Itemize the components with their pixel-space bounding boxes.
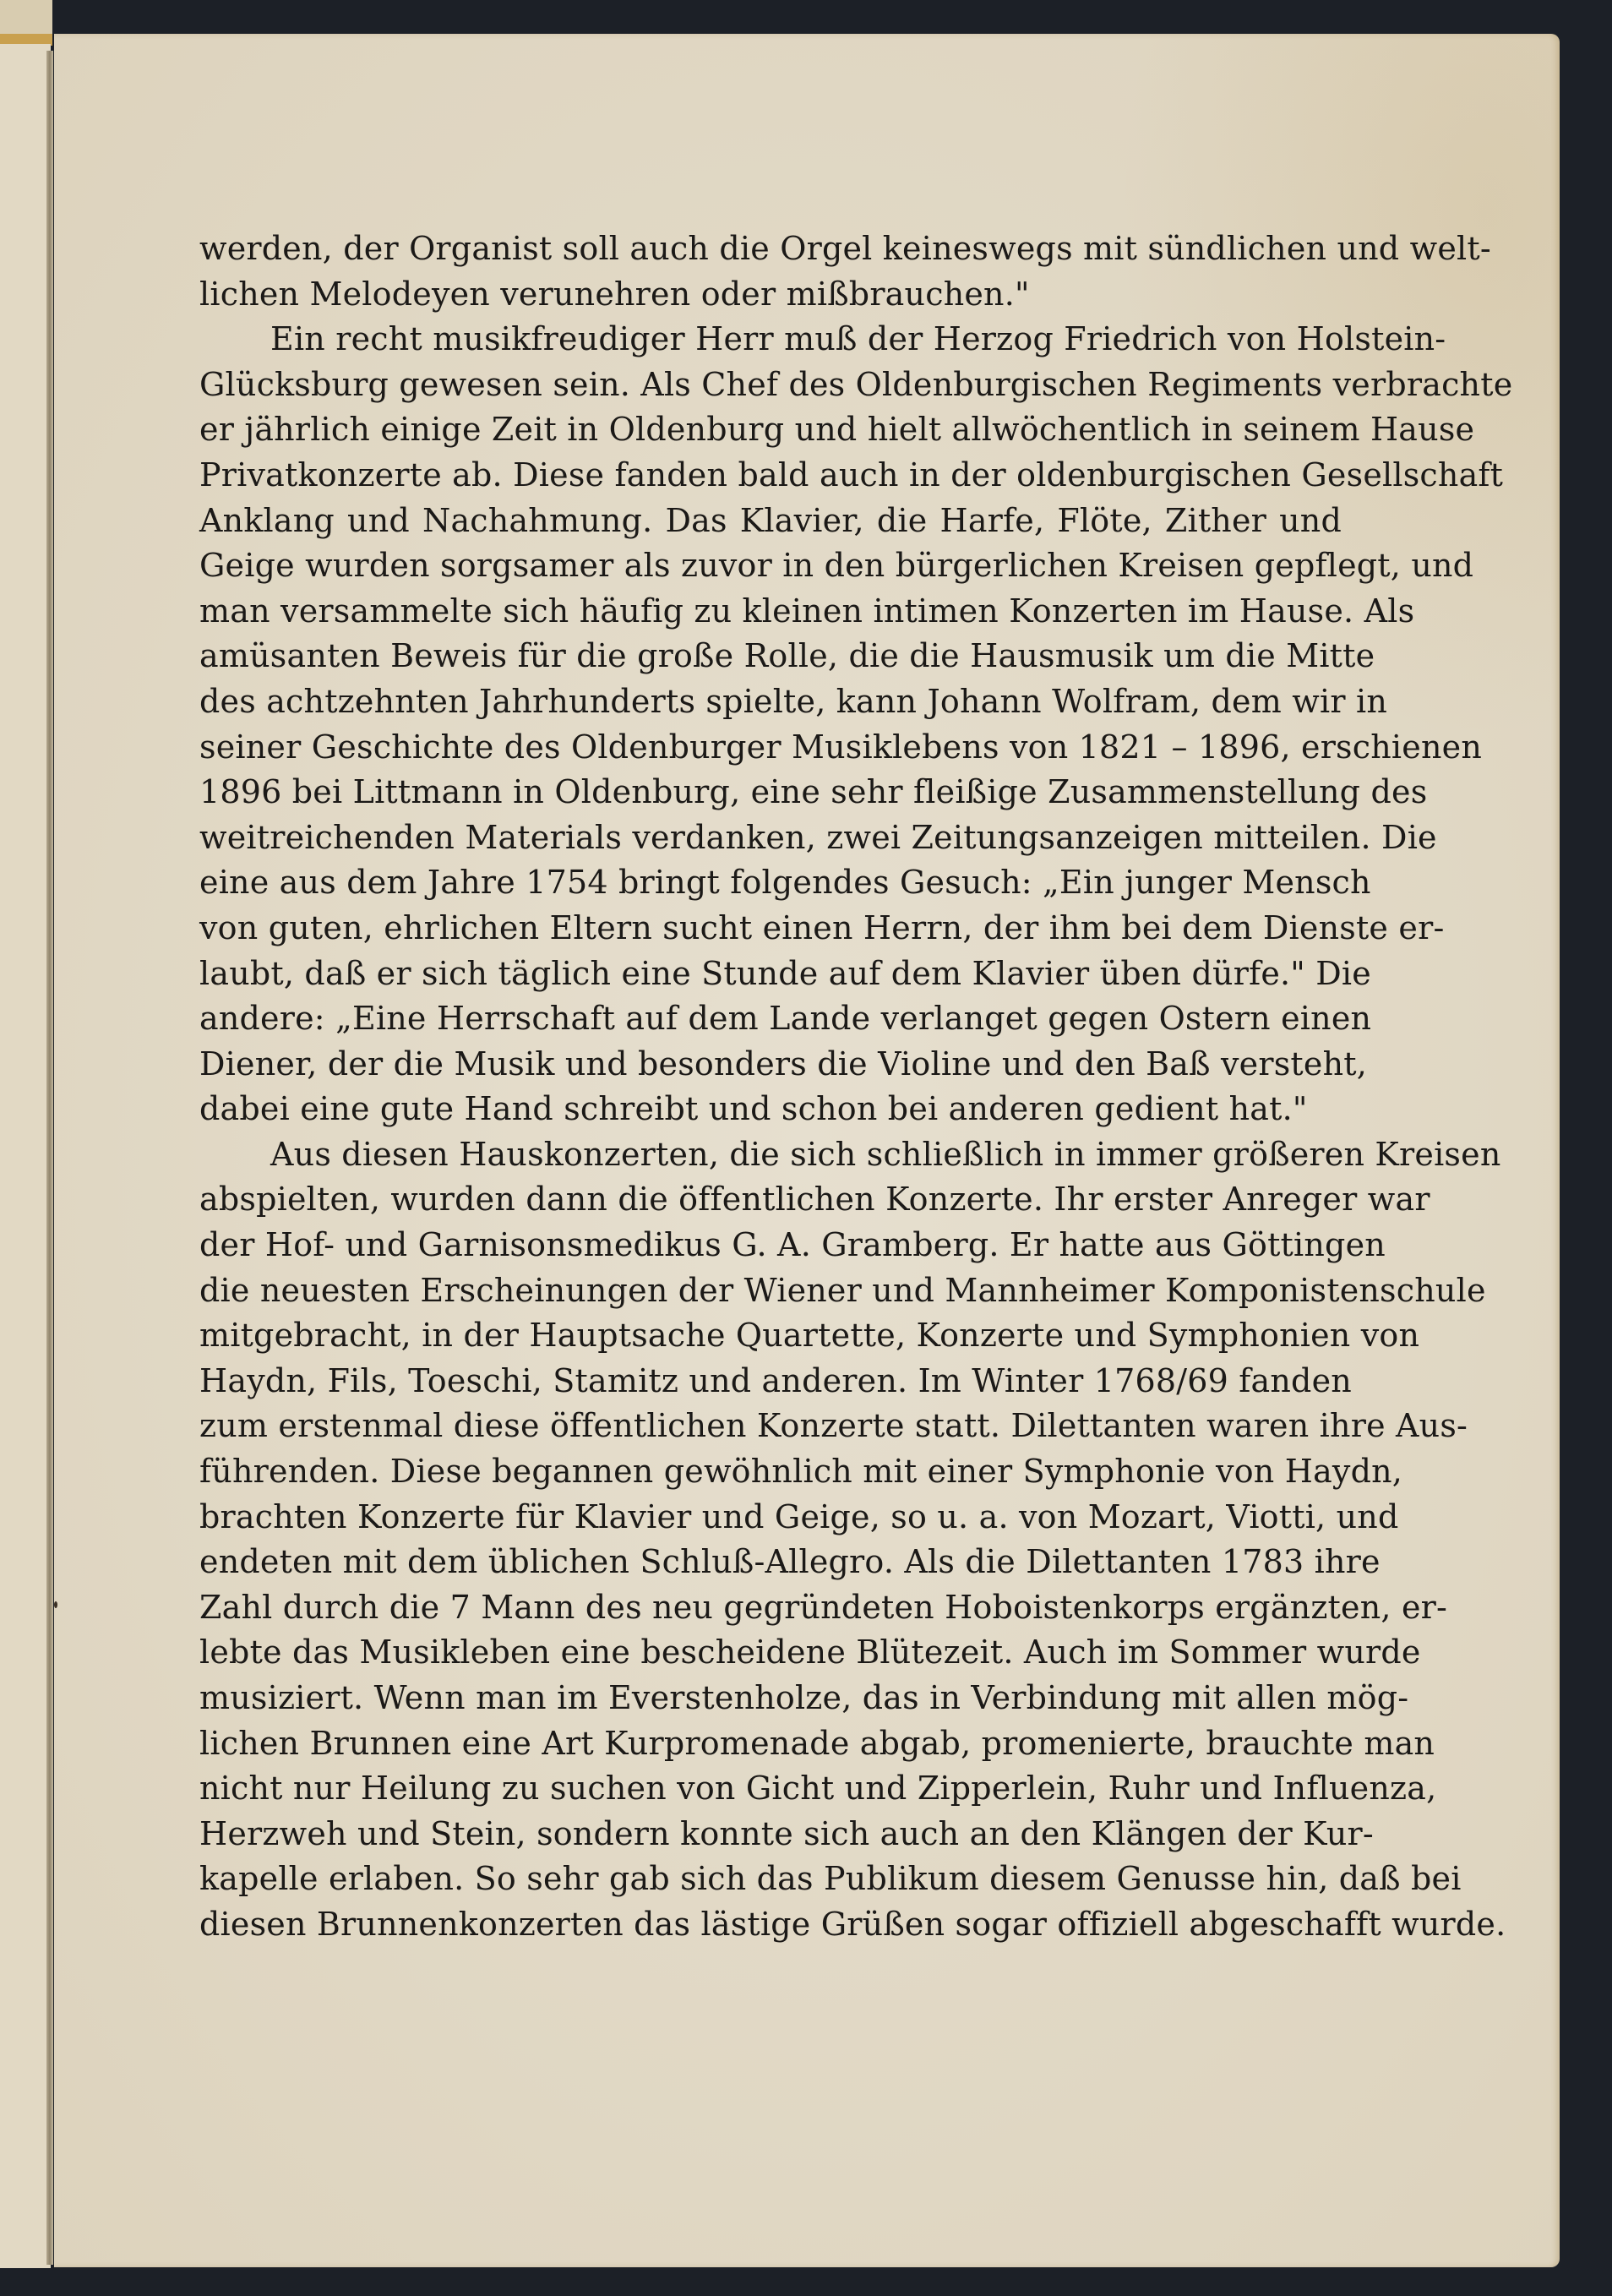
text-line: von guten, ehrlichen Eltern sucht einen … [199, 906, 1342, 952]
text-line: eine aus dem Jahre 1754 bringt folgendes… [199, 860, 1342, 906]
text-line: nicht nur Heilung zu suchen von Gicht un… [199, 1766, 1342, 1812]
text-line: Herzweh und Stein, sondern konnte sich a… [199, 1812, 1342, 1857]
text-line: Haydn, Fils, Toeschi, Stamitz und andere… [199, 1359, 1342, 1404]
page-body-text: werden, der Organist soll auch die Orgel… [199, 226, 1342, 1948]
text-line: lichen Brunnen eine Art Kurpromenade abg… [199, 1721, 1342, 1767]
text-line: die neuesten Erscheinungen der Wiener un… [199, 1268, 1342, 1314]
text-line: Privatkonzerte ab. Diese fanden bald auc… [199, 453, 1342, 499]
book-page: werden, der Organist soll auch die Orgel… [54, 34, 1560, 2267]
text-line: andere: „Eine Herrschaft auf dem Lande v… [199, 996, 1342, 1042]
text-line: führenden. Diese begannen gewöhnlich mit… [199, 1449, 1342, 1495]
text-line: Diener, der die Musik und besonders die … [199, 1042, 1342, 1088]
text-line: weitreichenden Materials verdanken, zwei… [199, 815, 1342, 861]
text-line: man versammelte sich häufig zu kleinen i… [199, 589, 1342, 635]
text-line: lichen Melodeyen verunehren oder mißbrau… [199, 272, 1342, 318]
text-line: amüsanten Beweis für die große Rolle, di… [199, 634, 1342, 679]
text-line: kapelle erlaben. So sehr gab sich das Pu… [199, 1857, 1342, 1902]
text-line: werden, der Organist soll auch die Orgel… [199, 226, 1342, 272]
text-line: musiziert. Wenn man im Everstenholze, da… [199, 1676, 1342, 1721]
text-line: mitgebracht, in der Hauptsache Quartette… [199, 1313, 1342, 1359]
text-line: Zahl durch die 7 Mann des neu gegründete… [199, 1585, 1342, 1631]
text-line: dabei eine gute Hand schreibt und schon … [199, 1087, 1342, 1132]
text-line: brachten Konzerte für Klavier und Geige,… [199, 1495, 1342, 1541]
text-line: Geige wurden sorgsamer als zuvor in den … [199, 543, 1342, 589]
book-spine [46, 51, 53, 2265]
text-line: diesen Brunnenkonzerten das lästige Grüß… [199, 1902, 1342, 1948]
text-line: Glücksburg gewesen sein. Als Chef des Ol… [199, 363, 1342, 408]
text-line: endeten mit dem üblichen Schluß-Allegro.… [199, 1540, 1342, 1585]
facing-page [0, 44, 51, 2268]
text-line: er jährlich einige Zeit in Oldenburg und… [199, 407, 1342, 453]
text-line: zum erstenmal diese öffentlichen Konzert… [199, 1404, 1342, 1449]
text-line: des achtzehnten Jahrhunderts spielte, ka… [199, 679, 1342, 725]
text-line: der Hof- und Garnisonsmedikus G. A. Gram… [199, 1223, 1342, 1268]
text-line: Aus diesen Hauskonzerten, die sich schli… [199, 1132, 1342, 1178]
ink-speck [54, 1601, 57, 1608]
text-line: Ein recht musikfreudiger Herr muß der He… [199, 317, 1342, 363]
text-line: seiner Geschichte des Oldenburger Musikl… [199, 725, 1342, 771]
text-line: Anklang und Nachahmung. Das Klavier, die… [199, 499, 1342, 544]
text-line: abspielten, wurden dann die öffentlichen… [199, 1177, 1342, 1223]
text-line: laubt, daß er sich täglich eine Stunde a… [199, 952, 1342, 997]
facing-page-top [0, 0, 52, 35]
text-line: lebte das Musikleben eine bescheidene Bl… [199, 1630, 1342, 1676]
text-line: 1896 bei Littmann in Oldenburg, eine seh… [199, 770, 1342, 815]
